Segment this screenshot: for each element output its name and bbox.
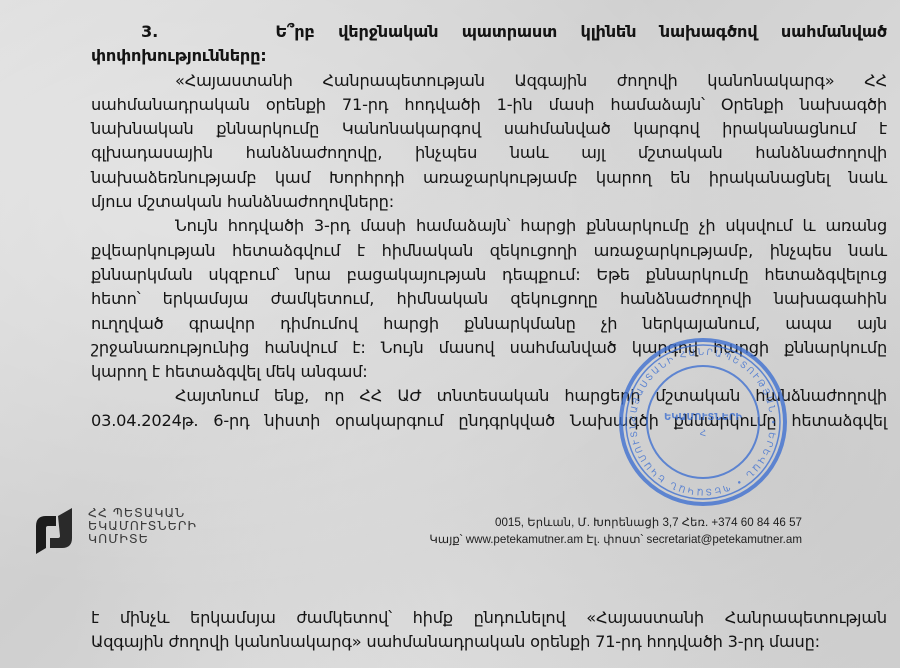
text-line: ուղղված գրավոր դիմումով հարցի քննարկմանը… [91,312,887,336]
email-label: Էլ. փոստ՝ [586,533,643,546]
web-label: Կայք՝ [429,533,462,546]
text-line: Հայտնում ենք, որ ՀՀ ԱԺ տնտեսական հարցերի… [91,384,887,408]
org-name-line: ԿՈՄԻՏԵ [88,532,197,545]
question-heading: 3. Ե՞րբ վերջնական պատրաստ կլինեն նախագծո… [91,20,887,44]
text-line: շրջանառությունից հանվում է: Նույն մասով … [91,336,887,360]
text-line: Նույն հոդվածի 3-րդ մասի համաձայն՝ հարցի … [91,214,887,238]
email-link[interactable]: secretariat@petekamutner.am [647,533,802,546]
paragraph-2: Նույն հոդվածի 3-րդ մասի համաձայն՝ հարցի … [91,214,887,384]
text-line: նախաձեռնությամբ կամ Խորհրդի առաջարկությա… [91,166,887,190]
text-line: Ազգային ժողովի կանոնակարգ» սահմանադրական… [91,630,887,654]
text-line: քննարկման սկզբում՝ նրա բացակայության դեպ… [91,263,887,287]
document-body: 3. Ե՞րբ վերջնական պատրաստ կլինեն նախագծո… [91,20,887,433]
heading-text: Ե՞րբ վերջնական պատրաստ կլինեն նախագծով ս… [275,22,887,41]
text-line: մյուս մշտական հանձնաժողովները: [91,190,887,214]
paragraph-1: «Հայաստանի Հանրապետության Ազգային ժողովի… [91,69,887,215]
website-link[interactable]: www.petekamutner.am [466,533,583,546]
text-line: կարող է հետաձգվել մեկ անգամ: [91,360,887,384]
continuation-body: է մինչև երկամսյա ժամկետով՝ հիմք ընդունել… [91,606,887,655]
web-email-line: Կայք՝ www.petekamutner.am Էլ. փոստ՝ secr… [429,531,802,548]
address-line: 0015, Երևան, Մ. Խորենացի 3,7 Հեռ. +374 6… [429,514,802,531]
org-name: ՀՀ ՊԵՏԱԿԱՆ ԵԿԱՄՈՒՏՆԵՐԻ ԿՈՄԻՏԵ [88,506,197,545]
text-line: նախնական քննարկումը Կանոնակարգով սահմանվ… [91,117,887,141]
heading-line-2: փոփոխությունները: [91,44,887,68]
text-line: սահմանադրական օրենքի 71-րդ հոդվածի 1-ին … [91,93,887,117]
state-revenue-committee-logo-icon [34,508,74,554]
letterhead-footer: ՀՀ ՊԵՏԱԿԱՆ ԵԿԱՄՈՒՏՆԵՐԻ ԿՈՄԻՏԵ 0015, Երևա… [0,500,900,560]
contact-info: 0015, Երևան, Մ. Խորենացի 3,7 Հեռ. +374 6… [429,514,802,548]
text-line: է մինչև երկամսյա ժամկետով՝ հիմք ընդունել… [91,606,887,630]
text-line: «Հայաստանի Հանրապետության Ազգային ժողովի… [91,69,887,93]
text-line: հետո՝ երկամսյա ժամկետում, հիմնական զեկու… [91,287,887,311]
section-number: 3. [141,22,158,41]
paragraph-3: Հայտնում ենք, որ ՀՀ ԱԺ տնտեսական հարցերի… [91,384,887,433]
text-line: քվեարկության հետաձգվում է հիմնական զեկու… [91,239,887,263]
text-line: գլխադասային հանձնաժողովը, ինչպես նաև այլ… [91,141,887,165]
document-page: 3. Ե՞րբ վերջնական պատրաստ կլինեն նախագծո… [0,0,900,500]
text-line: 03.04.2024թ. 6-րդ նիստի օրակարգում ընդգր… [91,409,887,433]
